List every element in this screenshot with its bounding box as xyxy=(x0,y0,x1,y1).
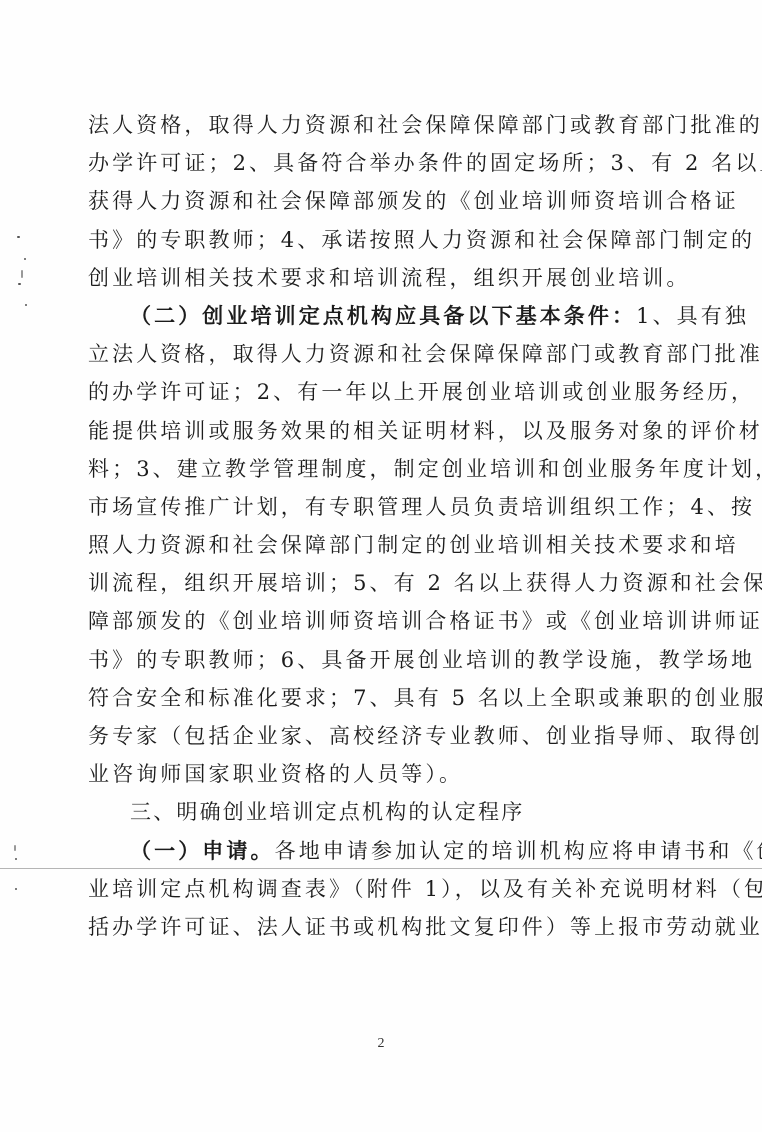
text-line: 符合安全和标准化要求；7、具有 5 名以上全职或兼职的创业服 xyxy=(88,679,682,717)
text-line: 料；3、建立教学管理制度，制定创业培训和创业服务年度计划， xyxy=(88,450,682,488)
body-text: 法人资格，取得人力资源和社会保障保障部门或教育部门批准的 办学许可证；2、具备符… xyxy=(88,106,682,946)
text-run: 1、具有独 xyxy=(636,304,749,328)
scan-mark xyxy=(17,236,20,238)
scan-mark xyxy=(18,283,21,285)
text-line: 办学许可证；2、具备符合举办条件的固定场所；3、有 2 名以上 xyxy=(88,144,682,182)
document-page: 法人资格，取得人力资源和社会保障保障部门或教育部门批准的 办学许可证；2、具备符… xyxy=(0,0,762,1132)
text-line: 业培训定点机构调查表》（附件 1），以及有关补充说明材料（包 xyxy=(88,870,682,908)
section-lead: （二）创业培训定点机构应具备以下基本条件： xyxy=(130,303,636,328)
paragraph-continuation: 法人资格，取得人力资源和社会保障保障部门或教育部门批准的 办学许可证；2、具备符… xyxy=(88,106,682,297)
text-line: 法人资格，取得人力资源和社会保障保障部门或教育部门批准的 xyxy=(88,106,682,144)
text-line: 训流程，组织开展培训；5、有 2 名以上获得人力资源和社会保 xyxy=(88,564,682,602)
text-line: 业咨询师国家职业资格的人员等）。 xyxy=(88,755,682,793)
paragraph-section-2-conditions: （二）创业培训定点机构应具备以下基本条件：1、具有独 立法人资格，取得人力资源和… xyxy=(88,297,682,793)
text-line: 能提供培训或服务效果的相关证明材料，以及服务对象的评价材 xyxy=(88,412,682,450)
text-line: 照人力资源和社会保障部门制定的创业培训相关技术要求和培 xyxy=(88,526,682,564)
text-line: 书》的专职教师；4、承诺按照人力资源和社会保障部门制定的 xyxy=(88,221,682,259)
text-line: 市场宣传推广计划，有专职管理人员负责培训组织工作；4、按 xyxy=(88,488,682,526)
section-lead: （一）申请。 xyxy=(130,838,275,863)
text-run: 各地申请参加认定的培训机构应将申请书和《创 xyxy=(275,839,762,863)
text-line: 的办学许可证；2、有一年以上开展创业培训或创业服务经历， xyxy=(88,373,682,411)
page-number: 2 xyxy=(370,1036,392,1052)
text-line: 务专家（包括企业家、高校经济专业教师、创业指导师、取得创 xyxy=(88,717,682,755)
text-line: 创业培训相关技术要求和培训流程，组织开展创业培训。 xyxy=(88,259,682,297)
scan-mark xyxy=(21,270,23,278)
text-line: 书》的专职教师；6、具备开展创业培训的教学设施，教学场地 xyxy=(88,641,682,679)
section-heading: 三、明确创业培训定点机构的认定程序 xyxy=(88,793,682,831)
text-line: （二）创业培训定点机构应具备以下基本条件：1、具有独 xyxy=(88,297,682,335)
text-line: 括办学许可证、法人证书或机构批文复印件）等上报市劳动就业 xyxy=(88,908,682,946)
scan-mark xyxy=(14,845,16,851)
scan-mark xyxy=(15,888,17,890)
text-line: 障部颁发的《创业培训师资培训合格证书》或《创业培训讲师证 xyxy=(88,602,682,640)
scan-mark xyxy=(24,258,26,260)
scan-mark xyxy=(15,858,17,860)
text-line: 获得人力资源和社会保障部颁发的《创业培训师资培训合格证 xyxy=(88,182,682,220)
text-line: （一）申请。各地申请参加认定的培训机构应将申请书和《创 xyxy=(88,832,682,870)
text-line: 立法人资格，取得人力资源和社会保障保障部门或教育部门批准 xyxy=(88,335,682,373)
paragraph-section-1-application: （一）申请。各地申请参加认定的培训机构应将申请书和《创 业培训定点机构调查表》（… xyxy=(88,832,682,947)
scan-mark xyxy=(25,304,27,306)
